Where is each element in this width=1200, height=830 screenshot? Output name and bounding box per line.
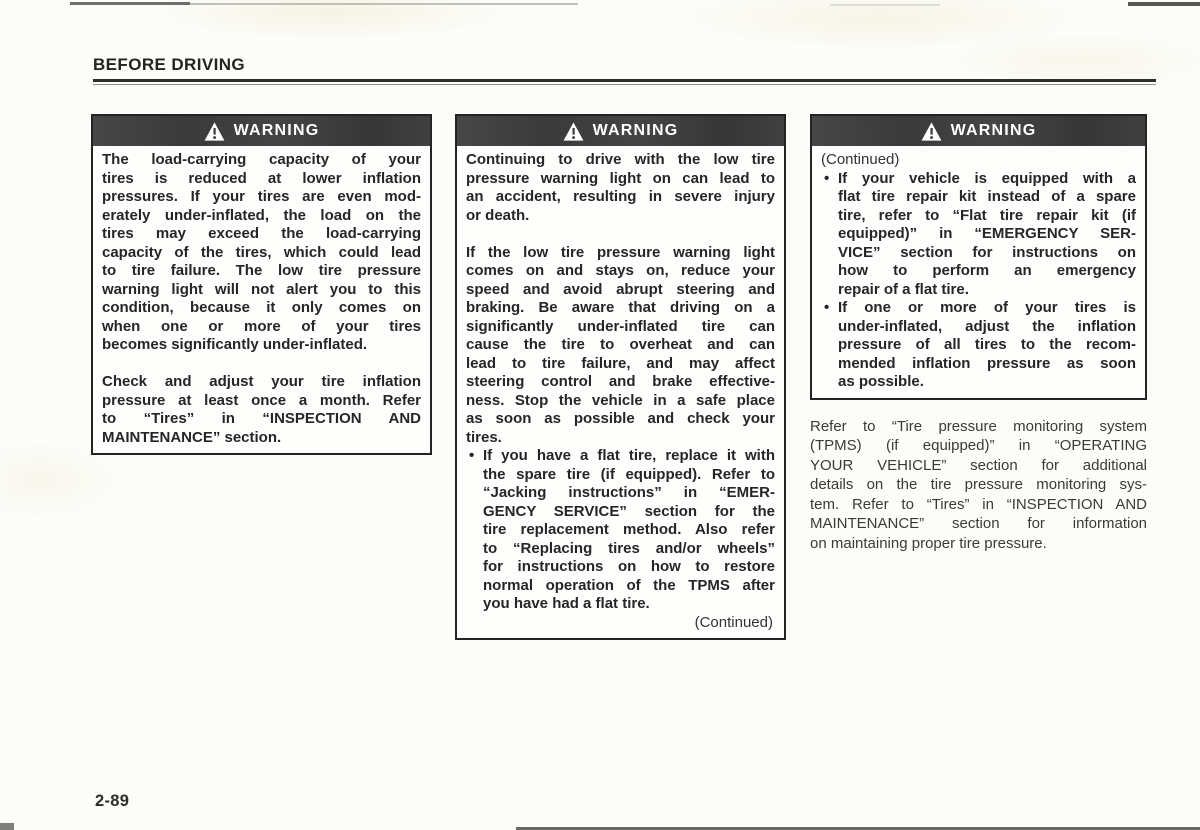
text-line: normal operation of the TPMS after xyxy=(483,577,775,596)
text-line: tires may exceed the load-carrying xyxy=(102,225,421,244)
page-number: 2-89 xyxy=(95,792,129,811)
text-line: for instructions on how to restore xyxy=(483,558,775,577)
warning-paragraph: Check and adjust your tire inflationpres… xyxy=(102,373,421,447)
header-rule-thin xyxy=(93,84,1156,85)
text-line: cause the tire to overheat and can xyxy=(466,336,775,355)
text-line: mended inflation pressure as soon xyxy=(838,355,1136,374)
header-rule-thick xyxy=(93,79,1156,82)
warning-label: WARNING xyxy=(593,122,679,140)
scan-edge-top-right xyxy=(1128,2,1200,6)
warning-box-1: WARNING The load-carrying capacity of yo… xyxy=(91,114,432,455)
text-line: If the low tire pressure warning light xyxy=(466,244,775,263)
tpms-reference-note: Refer to “Tire pressure monitoring syste… xyxy=(810,417,1147,554)
text-line: to “Replacing tires and/or wheels” xyxy=(483,540,775,559)
text-line: GENCY SERVICE” section for the xyxy=(483,503,775,522)
warning-bullet: •If one or more of your tires isunder-in… xyxy=(821,299,1136,392)
text-line: as possible. xyxy=(838,373,1136,392)
warning-label: WARNING xyxy=(234,122,320,140)
text-line: Continuing to drive with the low tire xyxy=(466,151,775,170)
bullet-dot: • xyxy=(469,447,474,466)
text-line: pressure of all tires to the recom- xyxy=(838,336,1136,355)
text-line: as soon as possible and check your xyxy=(466,410,775,429)
warning-triangle-icon xyxy=(563,122,584,141)
warning-box-2: WARNING Continuing to drive with the low… xyxy=(455,114,786,640)
section-header: BEFORE DRIVING xyxy=(93,55,245,75)
text-line: tire, refer to “Flat tire repair kit (if xyxy=(838,207,1136,226)
header-rule xyxy=(93,79,1156,85)
bullet-dot: • xyxy=(824,170,829,189)
text-line: to “Tires” in “INSPECTION AND xyxy=(102,410,421,429)
text-line: lead to tire failure, and may affect xyxy=(466,355,775,374)
warning-box-1-header: WARNING xyxy=(93,116,430,146)
text-line: If your vehicle is equipped with a xyxy=(838,170,1136,189)
column-left: WARNING The load-carrying capacity of yo… xyxy=(91,114,432,455)
text-line: pressures. If your tires are even mod- xyxy=(102,188,421,207)
warning-bullet: •If you have a flat tire, replace it wit… xyxy=(466,447,775,614)
text-line: If you have a flat tire, replace it with xyxy=(483,447,775,466)
scan-edge-bottom-left xyxy=(0,823,14,830)
text-line: or death. xyxy=(466,207,775,226)
text-line: capacity of the tires, which could lead xyxy=(102,244,421,263)
text-line: tire replacement method. Also refer xyxy=(483,521,775,540)
text-line: to tire failure. The low tire pressure xyxy=(102,262,421,281)
text-line: If one or more of your tires is xyxy=(838,299,1136,318)
text-line: an accident, resulting in severe injury xyxy=(466,188,775,207)
text-line: “Jacking instructions” in “EMER- xyxy=(483,484,775,503)
scan-edge-top-mid xyxy=(190,3,578,5)
text-line: YOUR VEHICLE” section for additional xyxy=(810,456,1147,476)
warning-triangle-icon xyxy=(921,122,942,141)
warning-box-2-header: WARNING xyxy=(457,116,784,146)
text-line: (TPMS) (if equipped)” in “OPERATING xyxy=(810,436,1147,456)
text-line: flat tire repair kit instead of a spare xyxy=(838,188,1136,207)
text-line: pressure at least once a month. Refer xyxy=(102,392,421,411)
text-line: when one or more of your tires xyxy=(102,318,421,337)
warning-box-3: WARNING (Continued)•If your vehicle is e… xyxy=(810,114,1147,400)
text-line: on maintaining proper tire pressure. xyxy=(810,534,1147,554)
warning-bullet: •If your vehicle is equipped with aflat … xyxy=(821,170,1136,300)
warning-paragraph: The load-carrying capacity of yourtires … xyxy=(102,151,421,355)
text-line: ness. Stop the vehicle in a safe place xyxy=(466,392,775,411)
text-line: speed and avoid abrupt steering and xyxy=(466,281,775,300)
text-line: under-inflated, adjust the inflation xyxy=(838,318,1136,337)
text-line: pressure warning light on can lead to xyxy=(466,170,775,189)
warning-box-2-content: Continuing to drive with the low tirepre… xyxy=(457,146,784,638)
text-line: how to perform an emergency xyxy=(838,262,1136,281)
text-line: tem. Refer to “Tires” in “INSPECTION AND xyxy=(810,495,1147,515)
text-line: MAINTENANCE” section. xyxy=(102,429,421,448)
bullet-dot: • xyxy=(824,299,829,318)
text-line: warning light will not alert you to this xyxy=(102,281,421,300)
text-line: details on the tire pressure monitoring … xyxy=(810,475,1147,495)
text-line: The load-carrying capacity of your xyxy=(102,151,421,170)
warning-box-3-content: (Continued)•If your vehicle is equipped … xyxy=(812,146,1145,398)
warning-label: WARNING xyxy=(951,122,1037,140)
scan-edge-top-left xyxy=(70,2,190,5)
text-line: VICE” section for instructions on xyxy=(838,244,1136,263)
warning-plain: (Continued) xyxy=(821,151,1136,170)
warning-continued-right: (Continued) xyxy=(466,614,775,633)
text-line: comes on and stays on, reduce your xyxy=(466,262,775,281)
column-center: WARNING Continuing to drive with the low… xyxy=(455,114,786,640)
warning-paragraph: Continuing to drive with the low tirepre… xyxy=(466,151,775,225)
text-line: significantly under-inflated tire can xyxy=(466,318,775,337)
warning-box-3-header: WARNING xyxy=(812,116,1145,146)
text-line: condition, because it only comes on xyxy=(102,299,421,318)
column-right: WARNING (Continued)•If your vehicle is e… xyxy=(810,114,1147,553)
text-line: you have had a flat tire. xyxy=(483,595,775,614)
warning-box-1-content: The load-carrying capacity of yourtires … xyxy=(93,146,430,453)
text-line: becomes significantly under-inflated. xyxy=(102,336,421,355)
warning-paragraph: If the low tire pressure warning lightco… xyxy=(466,244,775,448)
scan-edge-top-right-faint xyxy=(830,4,940,6)
text-line: erately under-inflated, the load on the xyxy=(102,207,421,226)
text-line: equipped)” in “EMERGENCY SER- xyxy=(838,225,1136,244)
text-line: braking. Be aware that driving on a xyxy=(466,299,775,318)
text-line: Check and adjust your tire inflation xyxy=(102,373,421,392)
text-line: steering control and brake effective- xyxy=(466,373,775,392)
warning-triangle-icon xyxy=(204,122,225,141)
text-line: the spare tire (if equipped). Refer to xyxy=(483,466,775,485)
text-line: tires is reduced at lower inflation xyxy=(102,170,421,189)
text-line: repair of a flat tire. xyxy=(838,281,1136,300)
manual-page: { "page": { "section_header": "BEFORE DR… xyxy=(0,0,1200,830)
text-line: Refer to “Tire pressure monitoring syste… xyxy=(810,417,1147,437)
text-line: MAINTENANCE” section for information xyxy=(810,514,1147,534)
text-line: tires. xyxy=(466,429,775,448)
